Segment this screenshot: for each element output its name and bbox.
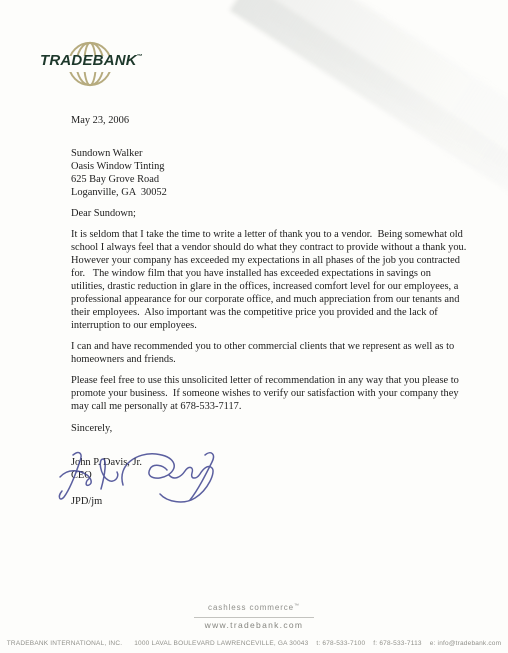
footer-phone: t: 678-533-7100 <box>316 640 365 647</box>
letter-body: May 23, 2006 Sundown Walker Oasis Window… <box>71 114 467 508</box>
recipient-city-state-zip: Loganville, GA 30052 <box>71 186 467 199</box>
logo-wordmark: TRADEBANK™ <box>40 52 143 69</box>
scanned-letter-page: TRADEBANK™ May 23, 2006 Sundown Walker O… <box>0 0 508 653</box>
logo-brand-text: TRADEBANK <box>40 52 137 69</box>
signature-block: John P. Davis, Jr. CEO <box>71 456 467 482</box>
logo-trademark-symbol: ™ <box>137 54 143 60</box>
salutation: Dear Sundown; <box>71 207 467 220</box>
recipient-name: Sundown Walker <box>71 147 467 160</box>
paragraph-1: It is seldom that I take the time to wri… <box>71 228 467 332</box>
footer-divider <box>194 617 314 618</box>
paragraph-2: I can and have recommended you to other … <box>71 340 467 366</box>
signer-title: CEO <box>71 469 467 482</box>
footer-email: e: info@tradebank.com <box>430 640 502 647</box>
closing: Sincerely, <box>71 422 467 435</box>
letter-date: May 23, 2006 <box>71 114 467 127</box>
footer-contact-line: TRADEBANK INTERNATIONAL, INC. 1000 LAVAL… <box>0 640 508 647</box>
footer-tagline: cashless commerce™ <box>0 603 508 612</box>
paragraph-3: Please feel free to use this unsolicited… <box>71 374 467 413</box>
footer-fax: f: 678-533-7113 <box>373 640 421 647</box>
tagline-trademark-symbol: ™ <box>294 603 300 609</box>
signer-name: John P. Davis, Jr. <box>71 456 467 469</box>
tagline-text: cashless commerce <box>208 603 294 612</box>
footer-company-name: TRADEBANK INTERNATIONAL, INC. <box>7 640 122 647</box>
reference-initials: JPD/jm <box>71 495 467 508</box>
tradebank-logo: TRADEBANK™ <box>38 38 178 92</box>
footer-street-address: 1000 LAVAL BOULEVARD LAWRENCEVILLE, GA 3… <box>134 640 308 647</box>
footer-website: www.tradebank.com <box>0 620 508 630</box>
recipient-company: Oasis Window Tinting <box>71 160 467 173</box>
recipient-address-block: Sundown Walker Oasis Window Tinting 625 … <box>71 147 467 199</box>
recipient-street: 625 Bay Grove Road <box>71 173 467 186</box>
